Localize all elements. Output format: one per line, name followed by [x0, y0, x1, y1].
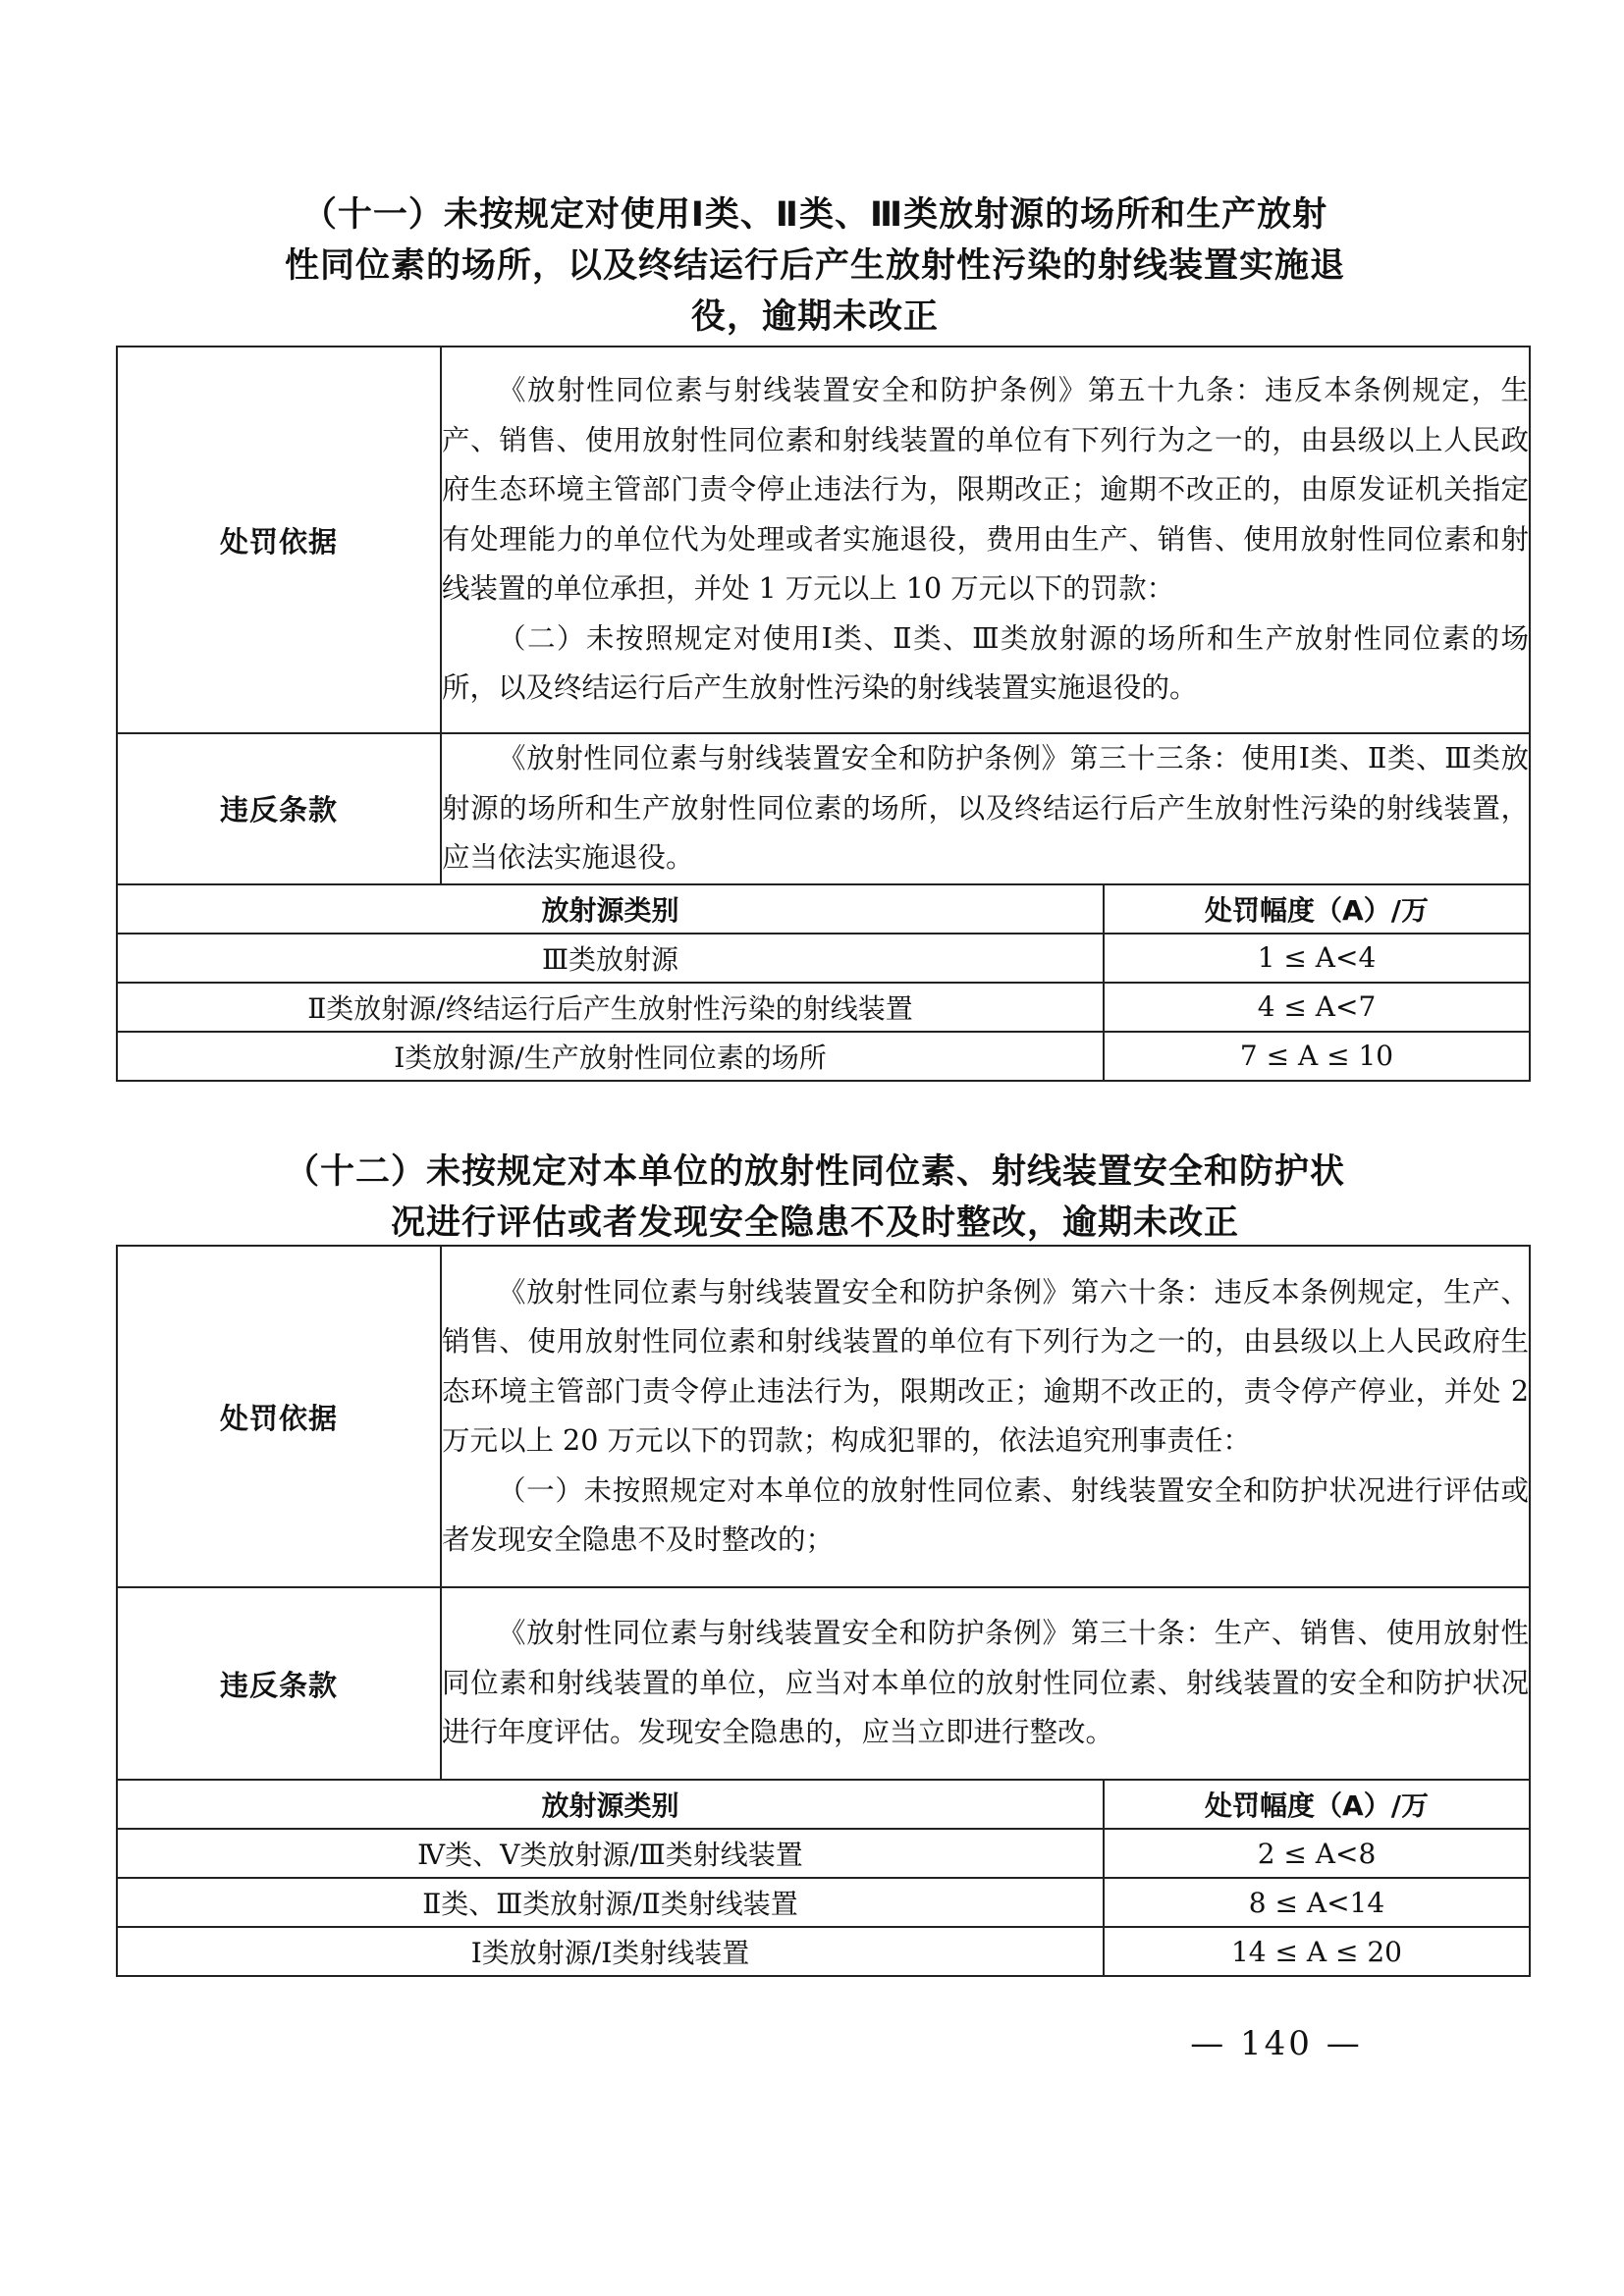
title-line: 性同位素的场所，以及终结运行后产生放射性污染的射线装置实施退	[226, 240, 1404, 292]
penalty-basis-label: 处罚依据	[117, 347, 441, 733]
violated-clause-text: 《放射性同位素与射线装置安全和防护条例》第三十三条：使用Ⅰ类、Ⅱ类、Ⅲ类放射源的…	[441, 733, 1530, 884]
penalty-basis-text: 《放射性同位素与射线装置安全和防护条例》第六十条：违反本条例规定，生产、销售、使…	[441, 1246, 1530, 1587]
penalty-basis-row: 处罚依据 《放射性同位素与射线装置安全和防护条例》第六十条：违反本条例规定，生产…	[117, 1246, 1530, 1587]
paragraph: 《放射性同位素与射线装置安全和防护条例》第三十条：生产、销售、使用放射性同位素和…	[442, 1609, 1529, 1758]
section-12-title: （十二）未按规定对本单位的放射性同位素、射线装置安全和防护状 况进行评估或者发现…	[226, 1147, 1404, 1249]
paragraph: 《放射性同位素与射线装置安全和防护条例》第五十九条：违反本条例规定，生产、销售、…	[442, 366, 1529, 614]
paragraph: 《放射性同位素与射线装置安全和防护条例》第六十条：违反本条例规定，生产、销售、使…	[442, 1268, 1529, 1467]
category-cell: Ⅳ类、Ⅴ类放射源/Ⅲ类射线装置	[117, 1829, 1104, 1878]
title-line: （十一）未按规定对使用Ⅰ类、Ⅱ类、Ⅲ类放射源的场所和生产放射	[226, 189, 1404, 240]
category-cell: Ⅲ类放射源	[117, 934, 1104, 983]
section-11-table: 处罚依据 《放射性同位素与射线装置安全和防护条例》第五十九条：违反本条例规定，生…	[116, 346, 1531, 1082]
paragraph: （二）未按照规定对使用Ⅰ类、Ⅱ类、Ⅲ类放射源的场所和生产放射性同位素的场所，以及…	[442, 614, 1529, 714]
table-row: Ⅱ类、Ⅲ类放射源/Ⅱ类射线装置 8 ≤ A<14	[117, 1878, 1530, 1927]
column-header-range: 处罚幅度（A）/万	[1104, 884, 1530, 934]
violated-clause-label: 违反条款	[117, 1587, 441, 1780]
column-header-category: 放射源类别	[117, 1780, 1104, 1829]
range-cell: 2 ≤ A<8	[1104, 1829, 1530, 1878]
table-row: Ⅰ类放射源/Ⅰ类射线装置 14 ≤ A ≤ 20	[117, 1927, 1530, 1976]
range-cell: 7 ≤ A ≤ 10	[1104, 1032, 1530, 1081]
penalty-basis-label: 处罚依据	[117, 1246, 441, 1587]
table-row: Ⅳ类、Ⅴ类放射源/Ⅲ类射线装置 2 ≤ A<8	[117, 1829, 1530, 1878]
range-cell: 1 ≤ A<4	[1104, 934, 1530, 983]
penalty-basis-text: 《放射性同位素与射线装置安全和防护条例》第五十九条：违反本条例规定，生产、销售、…	[441, 347, 1530, 733]
range-cell: 4 ≤ A<7	[1104, 983, 1530, 1032]
range-cell: 8 ≤ A<14	[1104, 1878, 1530, 1927]
category-cell: Ⅱ类放射源/终结运行后产生放射性污染的射线装置	[117, 983, 1104, 1032]
category-cell: Ⅱ类、Ⅲ类放射源/Ⅱ类射线装置	[117, 1878, 1104, 1927]
violated-clause-row: 违反条款 《放射性同位素与射线装置安全和防护条例》第三十条：生产、销售、使用放射…	[117, 1587, 1530, 1780]
paragraph: （一）未按照规定对本单位的放射性同位素、射线装置安全和防护状况进行评估或者发现安…	[442, 1467, 1529, 1566]
table-row: Ⅲ类放射源 1 ≤ A<4	[117, 934, 1530, 983]
table-row: Ⅰ类放射源/生产放射性同位素的场所 7 ≤ A ≤ 10	[117, 1032, 1530, 1081]
category-cell: Ⅰ类放射源/生产放射性同位素的场所	[117, 1032, 1104, 1081]
violated-clause-label: 违反条款	[117, 733, 441, 884]
violated-clause-row: 违反条款 《放射性同位素与射线装置安全和防护条例》第三十三条：使用Ⅰ类、Ⅱ类、Ⅲ…	[117, 733, 1530, 884]
table-header-row: 放射源类别 处罚幅度（A）/万	[117, 884, 1530, 934]
penalty-basis-row: 处罚依据 《放射性同位素与射线装置安全和防护条例》第五十九条：违反本条例规定，生…	[117, 347, 1530, 733]
range-cell: 14 ≤ A ≤ 20	[1104, 1927, 1530, 1976]
title-line: 役，逾期未改正	[226, 292, 1404, 343]
section-11-title: （十一）未按规定对使用Ⅰ类、Ⅱ类、Ⅲ类放射源的场所和生产放射 性同位素的场所，以…	[226, 189, 1404, 343]
title-line: （十二）未按规定对本单位的放射性同位素、射线装置安全和防护状	[226, 1147, 1404, 1198]
paragraph: 《放射性同位素与射线装置安全和防护条例》第三十三条：使用Ⅰ类、Ⅱ类、Ⅲ类放射源的…	[442, 734, 1529, 883]
table-row: Ⅱ类放射源/终结运行后产生放射性污染的射线装置 4 ≤ A<7	[117, 983, 1530, 1032]
category-cell: Ⅰ类放射源/Ⅰ类射线装置	[117, 1927, 1104, 1976]
table-header-row: 放射源类别 处罚幅度（A）/万	[117, 1780, 1530, 1829]
violated-clause-text: 《放射性同位素与射线装置安全和防护条例》第三十条：生产、销售、使用放射性同位素和…	[441, 1587, 1530, 1780]
column-header-category: 放射源类别	[117, 884, 1104, 934]
page-number: — 140 —	[1159, 2024, 1394, 2063]
section-12-table: 处罚依据 《放射性同位素与射线装置安全和防护条例》第六十条：违反本条例规定，生产…	[116, 1245, 1531, 1977]
title-line: 况进行评估或者发现安全隐患不及时整改，逾期未改正	[226, 1198, 1404, 1249]
column-header-range: 处罚幅度（A）/万	[1104, 1780, 1530, 1829]
